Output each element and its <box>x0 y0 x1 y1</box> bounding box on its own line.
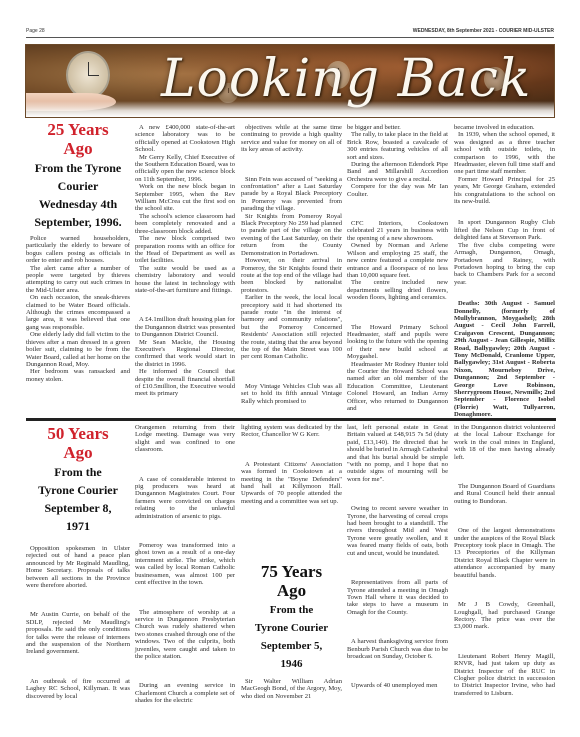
paragraph: The rally, to take place in the field at… <box>347 131 448 161</box>
paragraph: On each occasion, the sneak-thieves clai… <box>26 294 130 331</box>
banner-mist <box>26 101 554 117</box>
paragraph: Owing to recent severe weather in Tyrone… <box>347 505 448 557</box>
section-75-title: 75 Years <box>241 562 342 581</box>
paragraph: A Protestant Citizens' Association was f… <box>241 461 342 505</box>
paragraph: Representatives from all parts of Tyrone… <box>347 579 448 616</box>
section-50-source-line1: From the <box>26 463 130 481</box>
paragraph: Lieutenant Robert Henry Magill, RNVR, ha… <box>454 653 555 697</box>
section-25-date-line1: Wednesday 4th <box>26 195 130 213</box>
paragraph: Sir Knights from Pomeroy Royal Black Pre… <box>241 213 342 257</box>
paragraph: Headmaster Mr Rodney Hunter told the Cou… <box>347 361 448 413</box>
paragraph: In 1939, when the school opened, it was … <box>454 131 555 175</box>
paragraph: lighting system was dedicated by the Rec… <box>241 424 342 439</box>
paragraph: Earlier in the week, the local local pre… <box>241 294 342 361</box>
paragraph: The centre included new departments sell… <box>347 279 448 301</box>
paragraph: The school's science classroom had been … <box>135 213 235 235</box>
article-text: Sir Walter William Adrian MacGeogh Bond,… <box>241 678 342 700</box>
paragraph: Moy Vintage Vehicles Club was all set to… <box>241 383 342 405</box>
paragraph: Pomeroy was transformed into a ghost tow… <box>135 542 235 586</box>
paragraph: He informed the Council that despite the… <box>135 368 235 398</box>
section-divider <box>26 418 556 421</box>
paragraph: The Dungannon Board of Guardians and Rur… <box>454 483 555 505</box>
paragraph: The suite would be used as a chemistry l… <box>135 265 235 295</box>
paragraph: The five clubs competing were Armagh, Du… <box>454 242 555 286</box>
section-25-title: 25 Years <box>26 121 130 139</box>
section-75-ago: Ago <box>241 581 342 600</box>
paragraph: A £4.1million draft housing plan for the… <box>135 316 235 338</box>
page-header: Page 28 WEDNESDAY, 8th September 2021 - … <box>26 28 554 38</box>
paragraph: Opposition spokesmen in Ulster rejected … <box>26 545 130 589</box>
paragraph: Upwards of 40 unemployed men <box>347 682 448 689</box>
paragraph: Mr Sean Mackie, the Housing Executive's … <box>135 339 235 369</box>
paragraph: Mr Austin Currie, on behalf of the SDLP,… <box>26 611 130 655</box>
section-25-column-5: became involved in education. In 1939, w… <box>454 124 555 419</box>
section-25-ago: Ago <box>26 139 130 158</box>
section-50-date-line2: 1971 <box>26 517 130 535</box>
section-50-date-line1: September 8, <box>26 499 130 517</box>
paragraph: Sinn Fein was accused of "seeking a conf… <box>241 176 342 213</box>
paragraph: During an evening service in Charlemont … <box>135 682 235 704</box>
paragraph: in the Dungannon district volunteered at… <box>454 424 555 461</box>
section-75-date-line2: 1946 <box>241 655 342 673</box>
paragraph: Mr J B Cowdy, Greenhall, Loughgall, had … <box>454 601 555 631</box>
section-25-column-2: A new £400,000 state-of-the-art science … <box>135 124 235 398</box>
section-75-source-line2: Tyrone Courier <box>241 619 342 637</box>
paragraph: CFC Interiors, Cookstown celebrated 21 y… <box>347 220 448 242</box>
deaths-notice: Deaths: 30th August - Samuel Donnelly, (… <box>454 300 555 419</box>
paragraph: During the afternoon Edendork Pipe Band … <box>347 161 448 183</box>
article-text: Police warned householders, particularly… <box>26 235 130 383</box>
paragraph: Police warned householders, particularly… <box>26 235 130 265</box>
paragraph: Former Howard Principal for 25 years, Mr… <box>454 176 555 206</box>
paragraph: However, on their arrival in Pomeroy, th… <box>241 257 342 294</box>
section-50-column-3: lighting system was dedicated by the Rec… <box>241 424 342 505</box>
paragraph: became involved in education. <box>454 124 555 131</box>
article-text: Opposition spokesmen in Ulster rejected … <box>26 545 130 700</box>
section-50-column-2: Orangemen returning from their Lodge mee… <box>135 424 235 705</box>
paragraph: Her bedroom was ransacked and money stol… <box>26 368 130 383</box>
section-25-source-line2: Courier <box>26 177 130 195</box>
paragraph: A harvest thanksgiving service from Benb… <box>347 638 448 660</box>
section-75-column-4: last, left personal estate in Great Brit… <box>347 424 448 690</box>
section-50-title: 50 Years <box>26 425 130 443</box>
paragraph: Mr Gerry Kelly, Chief Executive of the S… <box>135 154 235 184</box>
paragraph: One elderly lady did fall victim to the … <box>26 331 130 368</box>
section-50-source-line2: Tyrone Courier <box>26 481 130 499</box>
paragraph: objectives while at the same time contin… <box>241 124 342 154</box>
paragraph: The Howard Primary School Headmaster, st… <box>347 324 448 361</box>
section-50-ago: Ago <box>26 443 130 462</box>
section-25-date-line2: September, 1996. <box>26 213 130 231</box>
paragraph: The new block comprised two preparation … <box>135 235 235 265</box>
looking-back-banner: Looking Back <box>25 44 555 118</box>
paragraph: An outbreak of fire occurred at Laghey R… <box>26 678 130 700</box>
section-25-years-heading-col: 25 Years Ago From the Tyrone Courier Wed… <box>26 121 130 383</box>
paragraph: Sir Walter William Adrian MacGeogh Bond,… <box>241 678 342 700</box>
paragraph: Orangemen returning from their Lodge mee… <box>135 424 235 454</box>
section-25-column-4: be bigger and better. The rally, to take… <box>347 124 448 412</box>
banner-title: Looking Back <box>161 49 531 109</box>
paragraph: A new £400,000 state-of-the-art science … <box>135 124 235 154</box>
pocket-watch-icon <box>66 51 110 99</box>
paragraph: One of the largest demonstrations under … <box>454 527 555 579</box>
paragraph: Work on the new block began in September… <box>135 183 235 213</box>
section-75-source-line1: From the <box>241 601 342 619</box>
section-25-column-3: objectives while at the same time contin… <box>241 124 342 405</box>
paragraph: be bigger and better. <box>347 124 448 131</box>
section-75-column-5: in the Dungannon district volunteered at… <box>454 424 555 697</box>
dateline: WEDNESDAY, 8th September 2021 - COURIER … <box>413 28 554 34</box>
paragraph: The alert came after a number of people … <box>26 265 130 295</box>
paragraph: Owned by Norman and Arlene Wilson and em… <box>347 242 448 279</box>
paragraph: Compere for the day was Mr Ian Coulter. <box>347 183 448 198</box>
paragraph: In sport Dungannon Rugby Club lifted the… <box>454 219 555 241</box>
section-75-date-line1: September 5, <box>241 637 342 655</box>
section-50-years-heading-col: 50 Years Ago From the Tyrone Courier Sep… <box>26 425 130 700</box>
section-75-years-heading-col: 75 Years Ago From the Tyrone Courier Sep… <box>241 562 342 700</box>
paragraph: The atmosphere of worship at a service i… <box>135 609 235 661</box>
paragraph: A case of considerable interest to pig p… <box>135 476 235 520</box>
page-number: Page 28 <box>26 28 45 34</box>
paragraph: last, left personal estate in Great Brit… <box>347 424 448 483</box>
section-25-source-line1: From the Tyrone <box>26 159 130 177</box>
